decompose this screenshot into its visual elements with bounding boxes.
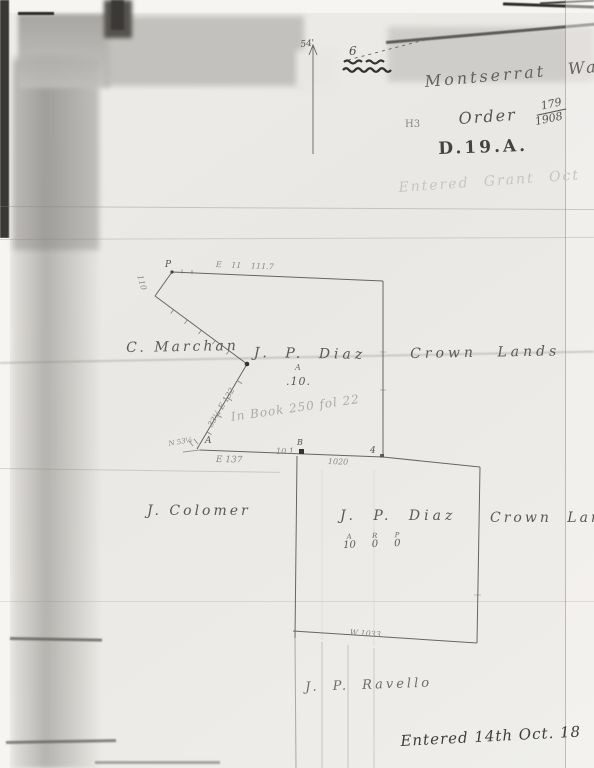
- scanned-survey-plan-page: Montserrat Ward H3 Order 179 1908 D.19.A…: [0, 0, 594, 768]
- lower-owner-west-label: J. Colomer: [147, 503, 251, 519]
- scale-right-label: 6: [349, 44, 357, 58]
- scale-left-label: 54': [300, 39, 315, 50]
- area-perches: P 0: [394, 532, 401, 549]
- upper-owner-east-label: Crown Lands: [410, 343, 560, 362]
- upper-area-letter: A: [295, 363, 301, 372]
- lower-area-notation: A 10 R 0 P 0: [343, 532, 401, 551]
- area-roods: R 0: [371, 533, 378, 550]
- upper-owner-west-label: C. Marchan: [126, 338, 239, 356]
- upper-owner-label: J. P. Diaz: [254, 345, 367, 363]
- order-label: Order: [458, 105, 517, 128]
- scale-squiggle: [343, 61, 391, 72]
- corner-4-monument: [380, 454, 384, 458]
- corner-b-label: B: [297, 438, 303, 447]
- upper-area-value: .10.: [286, 375, 311, 388]
- corner-4-label: 4: [370, 446, 376, 456]
- upper-south-edge-measurement-1: E 137: [216, 455, 243, 465]
- corner-p-monument: [170, 270, 173, 273]
- upper-south-edge-measurement-2: 10.1: [276, 447, 294, 456]
- corner-p-label: P: [165, 260, 171, 270]
- corner-b-monument: [245, 362, 250, 367]
- area-acres: A 10: [343, 534, 356, 551]
- corner-b-square-monument: [299, 449, 304, 454]
- file-mark-label: H3: [405, 119, 420, 130]
- lower-owner-label: J. P. Diaz: [340, 508, 456, 524]
- corner-a-label: A: [205, 436, 212, 446]
- plan-reference-label: D.19.A.: [438, 136, 528, 159]
- lower-owner-east-label: Crown Lan: [490, 510, 594, 526]
- north-arrow: [309, 38, 432, 154]
- upper-south-edge-measurement-3: 1020: [328, 457, 349, 467]
